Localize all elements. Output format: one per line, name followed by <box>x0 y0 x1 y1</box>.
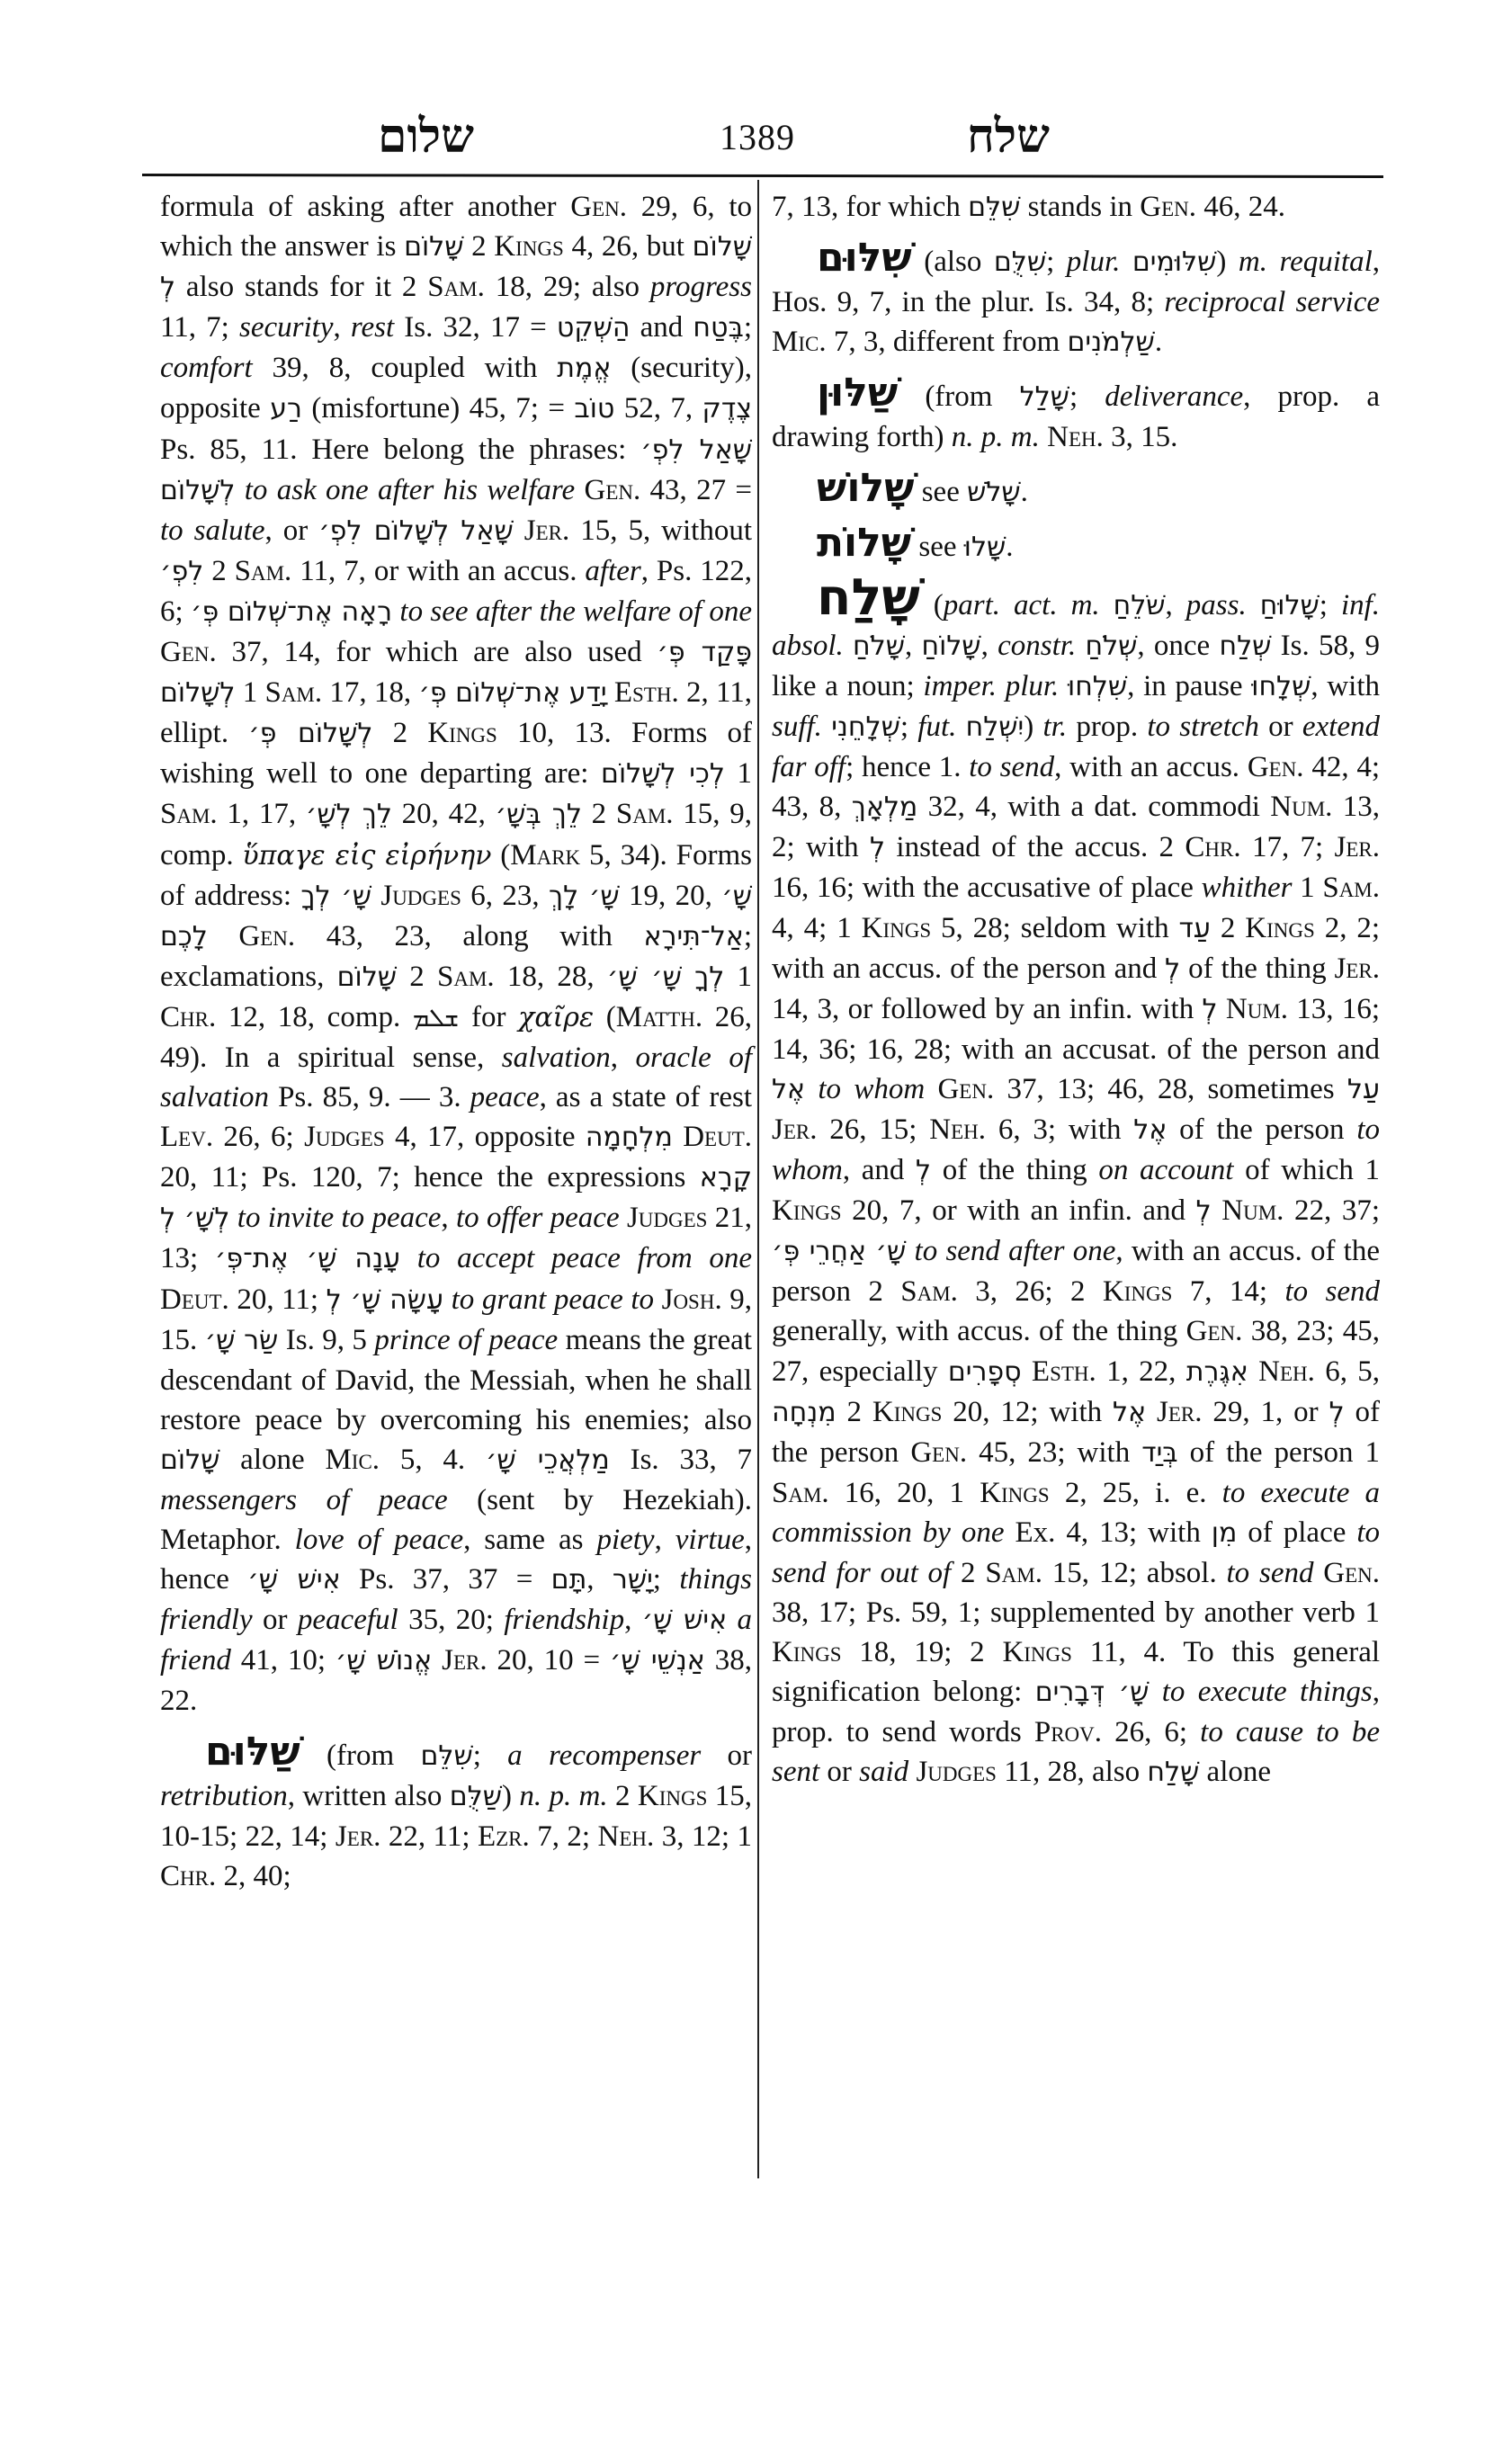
hebrew-word: מַלְאָךְ <box>852 791 918 823</box>
reference-abbrev: Kings <box>1245 912 1315 944</box>
reference-abbrev: Gen. <box>1248 751 1304 783</box>
hebrew-word: צֶדֶק <box>702 393 752 425</box>
hebrew-word: עָשָׂה שָׁ׳ לְ <box>327 1284 443 1316</box>
reference-abbrev: Chr. <box>160 1860 216 1892</box>
italic-gloss: to whom <box>772 1113 1380 1186</box>
entry-headword: שִׁלּוּם <box>817 235 912 281</box>
entry-headword: שַׁלּוּם <box>205 1729 300 1775</box>
hebrew-word: שָׁלוֹם <box>160 1444 219 1476</box>
hebrew-word: שָׁאַל לְשָׁלוֹם לִפְ׳ <box>318 515 514 547</box>
hebrew-word: בְּיַד <box>1141 1437 1177 1469</box>
italic-gloss: rest <box>351 311 394 344</box>
reference-abbrev: Num. <box>1270 791 1332 823</box>
hebrew-word: שִׁלְחוּ <box>1068 671 1127 702</box>
reference-abbrev: Ezr. <box>478 1820 530 1853</box>
italic-gloss: to send after one <box>915 1235 1116 1267</box>
hebrew-word: לֵךְ בְּשָׁ׳ <box>496 799 582 830</box>
reference-abbrev: Mic. <box>772 326 827 358</box>
reference-abbrev: Kings <box>980 1477 1050 1509</box>
italic-gloss: to send <box>969 751 1054 783</box>
italic-gloss: part. act. m. <box>944 589 1100 621</box>
italic-gloss: to grant peace to <box>452 1283 654 1316</box>
hebrew-word: שָׁלוֹם <box>337 961 397 993</box>
hebrew-word: רַע <box>270 393 302 425</box>
italic-gloss: to send <box>1284 1275 1380 1308</box>
italic-gloss: to see after the welfare of one <box>399 595 752 628</box>
reference-abbrev: Jer. <box>524 514 569 547</box>
entry-headword: שָׁלוֹשׁ <box>817 465 914 511</box>
hebrew-word: אִישׁ שָׁ׳ <box>642 1605 727 1636</box>
reference-abbrev: Mark <box>510 839 580 872</box>
hebrew-word: שָׁלַח <box>1147 1757 1199 1788</box>
hebrew-word: לְ <box>1203 994 1218 1025</box>
italic-gloss: friendship <box>504 1604 624 1636</box>
hebrew-word: שַׁלֻּם <box>450 1781 502 1812</box>
hebrew-word: שָׁלוֹם <box>404 231 463 263</box>
reference-abbrev: Sam. <box>985 1557 1042 1589</box>
hebrew-word: שָׁלוֹחַ <box>921 630 980 662</box>
reference-abbrev: Kings <box>872 1396 943 1428</box>
reference-abbrev: Kings <box>772 1194 842 1227</box>
dictionary-entry: שָׁלַח (part. act. m. שֹׁלֵחַ, pass. שָׁ… <box>772 578 1380 1793</box>
italic-gloss: messengers of peace <box>160 1484 448 1516</box>
hebrew-word: הַשְׁקֵט <box>557 312 631 344</box>
reference-abbrev: Judges <box>380 880 461 912</box>
italic-gloss: suff. <box>772 711 822 743</box>
italic-gloss: love of peace <box>295 1524 463 1556</box>
hebrew-word: שִׁלֻּם <box>994 246 1046 278</box>
greek-word: χαῖρε <box>518 1002 594 1033</box>
hebrew-word: שַׂר שָׁ׳ <box>205 1325 279 1356</box>
reference-abbrev: Sam. <box>235 555 292 587</box>
hebrew-word: סְפָרִים <box>948 1356 1022 1388</box>
hebrew-word: שִׁלּוּמִים <box>1132 246 1216 278</box>
italic-gloss: constr. <box>998 630 1076 662</box>
italic-gloss: after <box>585 555 640 587</box>
reference-abbrev: Judges <box>304 1121 385 1153</box>
italic-gloss: imper. plur. <box>923 670 1059 702</box>
hebrew-word: לְשָׁלוֹם פְּ׳ <box>248 718 372 749</box>
page-header: שלום 1389 שלח <box>135 106 1394 169</box>
reference-abbrev: Neh. <box>1258 1355 1315 1388</box>
hebrew-word: שְׁלַח <box>1219 630 1271 662</box>
reference-abbrev: Gen. <box>584 474 640 506</box>
italic-gloss: pass. <box>1186 589 1247 621</box>
italic-gloss: tr. <box>1043 711 1068 743</box>
hebrew-word: שֹׁלֵחַ <box>1114 590 1166 621</box>
hebrew-word: יִשְׁלַח <box>966 711 1024 743</box>
italic-gloss: a recompenser <box>507 1739 701 1772</box>
reference-abbrev: Sam. <box>616 798 674 830</box>
reference-abbrev: Kings <box>427 717 497 749</box>
hebrew-word: יָשָׁר <box>613 1564 653 1596</box>
reference-abbrev: Mic. <box>325 1444 380 1476</box>
hebrew-word: רָאָה אֶת־שְׁלוֹם פְּ׳ <box>191 596 392 628</box>
entry-headword: שָׁלוֹת <box>817 520 911 566</box>
italic-gloss: said <box>859 1756 908 1788</box>
left-column: formula of asking after another Gen. 29,… <box>160 187 752 1896</box>
hebrew-word: שְׁלָחוּ <box>1251 671 1311 702</box>
italic-gloss: to invite to peace <box>237 1202 442 1234</box>
italic-gloss: virtue <box>675 1524 745 1556</box>
italic-gloss: to salute <box>160 514 264 547</box>
reference-abbrev: Num. <box>1226 993 1288 1025</box>
italic-gloss: to accept peace from one <box>417 1242 752 1274</box>
reference-abbrev: Deut. <box>160 1283 229 1316</box>
reference-abbrev: Gen. <box>1323 1557 1380 1589</box>
header-rule <box>142 174 1383 178</box>
dictionary-entry: שַׁלּוּן (from שָׁלַל; deliverance, prop… <box>772 373 1380 457</box>
hebrew-word: אִגֶּרֶת <box>1186 1356 1248 1388</box>
italic-gloss: oracle of salvation <box>160 1042 752 1113</box>
italic-gloss: on account <box>1098 1154 1233 1186</box>
hebrew-word: שָׁלֹשׁ <box>967 477 1021 508</box>
italic-gloss: fut. <box>917 711 956 743</box>
hebrew-word: אֶל <box>1113 1397 1146 1428</box>
italic-gloss: piety <box>596 1524 654 1556</box>
dictionary-entry: שִׁלּוּם (also שִׁלֻּם; plur. שִׁלּוּמִי… <box>772 238 1380 362</box>
italic-gloss: whither <box>1202 872 1293 904</box>
hebrew-word: שְׁלָחֵנִי <box>831 711 900 743</box>
reference-abbrev: Jer. <box>442 1644 487 1677</box>
hebrew-word: לְ <box>1329 1397 1345 1428</box>
italic-gloss: to execute a commission by one <box>772 1477 1380 1549</box>
hebrew-word: עַל <box>1347 1074 1380 1105</box>
hebrew-word: שָׁלוּ <box>964 532 1006 563</box>
italic-gloss: to send <box>1227 1557 1314 1589</box>
hebrew-word: שָׁלוּחַ <box>1260 590 1320 621</box>
hebrew-word: שָׁ׳ אַחֲרֵי פְּ׳ <box>772 1236 906 1267</box>
hebrew-word: אַל־תִּירָא <box>644 921 744 952</box>
reference-abbrev: Jer. <box>772 1113 817 1146</box>
hebrew-word: לְ <box>1165 953 1180 985</box>
hebrew-word: מִלְחָמָה <box>586 1122 673 1153</box>
reference-abbrev: Jer. <box>1157 1396 1202 1428</box>
italic-gloss: reciprocal service <box>1164 286 1380 318</box>
hebrew-word: לְ <box>916 1155 931 1186</box>
dictionary-entry: שָׁלוֹת see שָׁלוּ. <box>772 523 1380 568</box>
reference-abbrev: Kings <box>1002 1636 1072 1668</box>
reference-abbrev: Kings <box>494 230 564 263</box>
hebrew-word: שִׁלֵּם <box>420 1740 472 1772</box>
reference-abbrev: Gen. <box>910 1436 967 1469</box>
hebrew-word: בֶּטַח <box>693 312 743 344</box>
hebrew-word: שָׁ׳ דְּבָרִים <box>1035 1677 1150 1708</box>
reference-abbrev: Judges <box>627 1202 708 1234</box>
entry-body: see שָׁלֹשׁ. <box>914 476 1027 508</box>
hebrew-word: שַׁלְמֹנִים <box>1068 326 1155 358</box>
entry-continuation: 7, 13, for which שִׁלֵּם stands in Gen. … <box>772 187 1380 228</box>
italic-gloss: m. <box>1239 246 1267 278</box>
hebrew-word: לִפְ׳ <box>160 556 203 587</box>
entry-continuation: formula of asking after another Gen. 29,… <box>160 187 752 1721</box>
hebrew-word: עַד <box>1179 913 1211 944</box>
italic-gloss: peaceful <box>298 1604 398 1636</box>
hebrew-word: לֵךְ לְשָׁ׳ <box>306 799 392 830</box>
hebrew-word: תָּם <box>551 1564 587 1596</box>
italic-gloss: n. p. m. <box>519 1780 607 1812</box>
entry-body: see שָׁלוּ. <box>911 531 1013 563</box>
entry-headword: שָׁלַח <box>817 568 920 627</box>
hebrew-word: אַנְשֵׁי שָׁ׳ <box>610 1645 705 1677</box>
hebrew-word: מַלְאֲכֵי שָׁ׳ <box>486 1444 610 1476</box>
hebrew-word: שְׁלֹחַ <box>1085 630 1137 662</box>
reference-abbrev: Neh. <box>929 1113 986 1146</box>
italic-gloss: peace <box>470 1081 540 1113</box>
reference-abbrev: Chr. <box>160 1001 216 1033</box>
hebrew-word: לְכִי לְשָׁלוֹם <box>601 758 725 790</box>
italic-gloss: progress <box>650 271 752 303</box>
reference-abbrev: Judges <box>916 1756 997 1788</box>
hebrew-word: שָׁ׳ לָךְ <box>549 881 620 912</box>
greek-word: ὕπαγε εἰς εἰρήνην <box>242 840 491 872</box>
hebrew-word: שָׁלֹחַ <box>853 630 905 662</box>
italic-gloss: retribution <box>160 1780 288 1812</box>
reference-abbrev: Deut. <box>683 1121 752 1153</box>
reference-abbrev: Kings <box>1103 1275 1173 1308</box>
reference-abbrev: Gen. <box>1186 1315 1243 1347</box>
reference-abbrev: Kings <box>862 912 932 944</box>
reference-abbrev: Sam. <box>437 961 495 993</box>
reference-abbrev: Jer. <box>336 1820 380 1853</box>
hebrew-word: שָׁ׳ שָׁ׳ <box>607 961 682 993</box>
reference-abbrev: Gen. <box>937 1073 994 1105</box>
reference-abbrev: Neh. <box>1047 421 1104 453</box>
italic-gloss: salvation <box>502 1042 611 1074</box>
page-number: 1389 <box>720 106 795 169</box>
reference-abbrev: Sam. <box>1322 872 1380 904</box>
hebrew-word: מִן <box>1212 1517 1238 1549</box>
hebrew-word: שָׁ׳ לְךָ <box>300 881 371 912</box>
reference-abbrev: Gen. <box>570 191 627 223</box>
reference-abbrev: Gen. <box>160 636 217 668</box>
column-divider <box>757 180 759 2178</box>
hebrew-word: לְ <box>870 832 885 863</box>
reference-abbrev: Sam. <box>160 798 218 830</box>
reference-abbrev: Lev. <box>160 1121 213 1153</box>
dictionary-entry: שַׁלּוּם (from שִׁלֵּם; a recompenser or… <box>160 1732 752 1896</box>
entry-body: (part. act. m. שֹׁלֵחַ, pass. שָׁלוּחַ; … <box>772 589 1380 1789</box>
hebrew-word: אִישׁ שָׁ׳ <box>247 1564 340 1596</box>
italic-gloss: to execute things <box>1162 1676 1373 1708</box>
reference-abbrev: Chr. <box>1185 831 1240 863</box>
italic-gloss: n. p. m. <box>952 421 1040 453</box>
right-column: 7, 13, for which שִׁלֵּם stands in Gen. … <box>772 187 1380 1793</box>
reference-abbrev: Sam. <box>264 676 322 709</box>
italic-gloss: deliverance <box>1105 380 1243 413</box>
reference-abbrev: Matth. <box>616 1001 702 1033</box>
reference-abbrev: Esth. <box>614 676 679 709</box>
hebrew-word: אֶל <box>1133 1114 1167 1146</box>
hebrew-word: טוֹב <box>574 393 614 425</box>
reference-abbrev: Neh. <box>598 1820 655 1853</box>
reference-abbrev: Jer. <box>1335 952 1380 985</box>
italic-gloss: to ask one after his welfare <box>245 474 575 506</box>
reference-abbrev: Prov. <box>1034 1716 1102 1748</box>
running-headword-right: שלח <box>967 106 1050 169</box>
hebrew-word: לְךָ <box>694 961 724 993</box>
syriac-word: ܫܠܡ <box>413 1003 459 1033</box>
italic-gloss: security <box>239 311 333 344</box>
reference-abbrev: Sam. <box>427 271 485 303</box>
hebrew-word: שִׁלֵּם <box>968 192 1020 223</box>
reference-abbrev: Esth. <box>1032 1355 1096 1388</box>
italic-gloss: to whom <box>818 1073 925 1105</box>
hebrew-word: שָׁלַל <box>1020 381 1069 413</box>
italic-gloss: comfort <box>160 352 253 384</box>
running-headword-left: שלום <box>378 106 474 169</box>
entry-headword: שַׁלּוּן <box>817 370 898 416</box>
italic-gloss: plur. <box>1067 246 1121 278</box>
hebrew-word: אֶל <box>772 1074 805 1105</box>
reference-abbrev: Kings <box>638 1780 708 1812</box>
italic-gloss: requital <box>1279 246 1372 278</box>
reference-abbrev: Gen. <box>238 920 295 952</box>
hebrew-word: מִנְחָה <box>772 1397 837 1428</box>
reference-abbrev: Sam. <box>772 1477 829 1509</box>
reference-abbrev: Sam. <box>900 1275 958 1308</box>
reference-abbrev: Num. <box>1221 1194 1284 1227</box>
dictionary-entry: שָׁלוֹשׁ see שָׁלֹשׁ. <box>772 469 1380 513</box>
reference-abbrev: Gen. <box>1140 191 1196 223</box>
hebrew-word: עָנָה שָׁ׳ אֶת־פְּ׳ <box>215 1243 400 1274</box>
italic-gloss: prince of peace <box>374 1324 558 1356</box>
hebrew-word: אֱנוֹשׁ שָׁ׳ <box>336 1645 432 1677</box>
reference-abbrev: Kings <box>772 1636 842 1668</box>
italic-gloss: to stretch <box>1147 711 1259 743</box>
reference-abbrev: Josh. <box>662 1283 722 1316</box>
italic-gloss: to offer peace <box>456 1202 620 1234</box>
hebrew-word: יָדַע אֶת־שְׁלוֹם פְּ׳ <box>418 677 606 709</box>
reference-abbrev: Jer. <box>1335 831 1380 863</box>
hebrew-word: לְ <box>1196 1195 1212 1227</box>
hebrew-word: אֱמֶת <box>557 353 611 384</box>
